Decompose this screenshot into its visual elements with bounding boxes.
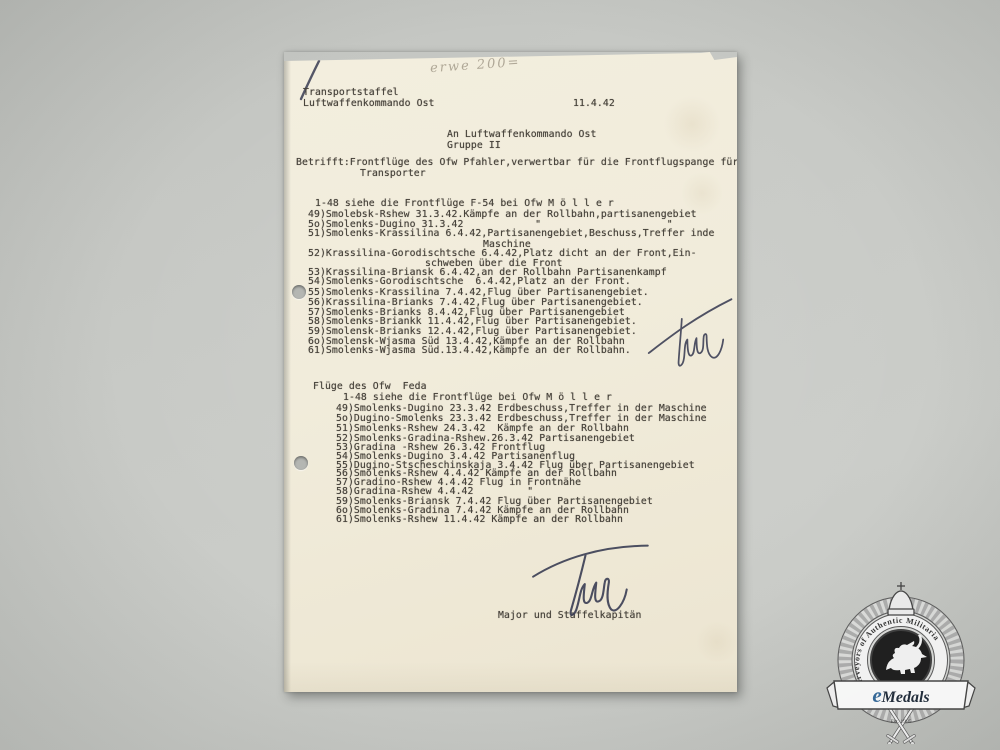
document-page-shadow: TransportstaffelLuftwaffenkommando Ost11… (284, 52, 737, 692)
typed-line-section2-heading: Flüge des Ofw Feda (313, 382, 427, 392)
typed-line-recipient-group: Gruppe II (447, 141, 501, 151)
typed-line-list2-intro: 1-48 siehe die Frontflüge bei Ofw M ö l … (343, 393, 612, 403)
typed-line-sender-unit: Transportstaffel (303, 88, 399, 98)
age-stain (694, 622, 740, 662)
brand-banner: eMedals (827, 681, 975, 709)
typed-line-sender-command: Luftwaffenkommando Ost (303, 99, 435, 109)
typed-line-list1-item: 51)Smolenks-Krassilina 6.4.42,Partisanen… (308, 229, 715, 239)
punch-hole-bottom (294, 456, 308, 470)
typed-line-date: 11.4.42 (573, 99, 615, 109)
typed-line-list1-intro: 1-48 siehe die Frontflüge F-54 bei Ofw M… (315, 199, 614, 209)
age-stain (664, 94, 720, 154)
established-text: Est. 1985 (890, 719, 911, 725)
typed-line-list2-item: 61)Smolenks-Rshew 11.4.42 Kämpfe an der … (336, 515, 623, 525)
typed-line-list1-item: 54)Smolenks-Gorodischtsche 6.4.42,Platz … (308, 277, 631, 287)
typed-line-subject: Betrifft:Frontflüge des Ofw Pfahler,verw… (296, 158, 738, 168)
brand-rest-text: Medals (881, 689, 930, 706)
punch-hole-top (292, 285, 306, 299)
crown-icon (888, 582, 914, 615)
typed-line-subject-cont: Transporter (360, 169, 426, 179)
document-page: TransportstaffelLuftwaffenkommando Ost11… (284, 52, 737, 692)
typed-line-list1-item: 61)Smolenks-Wjasma Süd.13.4.42,Kämpfe an… (308, 346, 631, 356)
handwritten-signature-upper (636, 294, 751, 380)
photo-backdrop: { "colors": { "backdrop_gray": "#c8cac6"… (0, 0, 1000, 750)
brand-e-text: e (872, 683, 881, 707)
emedals-watermark-logo: Purveyors of Authentic Militaria eMedals… (826, 576, 976, 744)
typed-line-recipient: An Luftwaffenkommando Ost (447, 130, 596, 140)
pencil-annotation: erwe 200= (430, 55, 521, 76)
handwritten-signature-lower (526, 537, 660, 628)
